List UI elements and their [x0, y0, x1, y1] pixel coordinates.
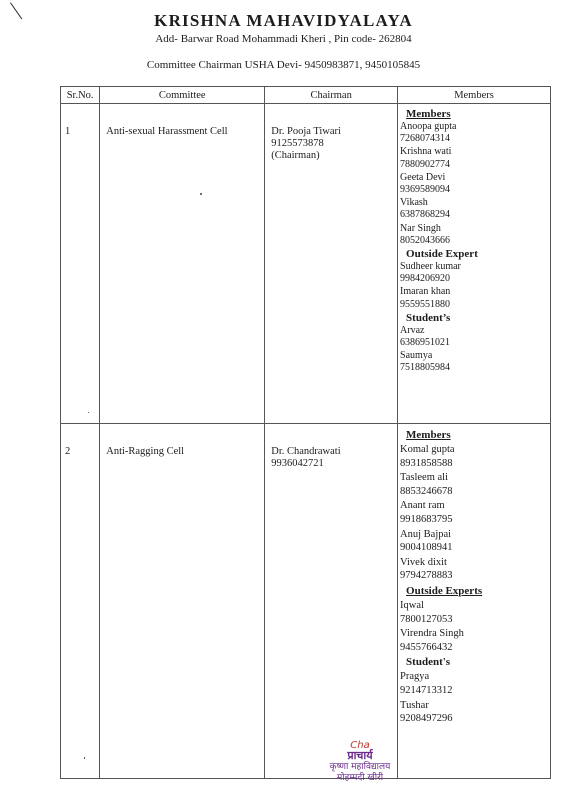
member-entry: Vivek dixit9794278883	[400, 556, 550, 583]
member-phone: 9984206920	[400, 273, 550, 285]
cell-committee: Anti-Ragging Cell	[100, 424, 265, 779]
member-name: Vivek dixit	[400, 556, 550, 570]
member-entry: Virendra Singh9455766432	[400, 627, 550, 654]
cell-srno: 1	[61, 104, 100, 424]
member-name: Anant ram	[400, 499, 550, 513]
chairman-line: 9936042721	[271, 458, 397, 470]
member-name: Pragya	[400, 670, 550, 684]
member-entry: Krishna wati7880902774	[400, 146, 550, 170]
member-phone: 9208497296	[400, 712, 550, 726]
cell-committee: Anti-sexual Harassment Cell	[100, 104, 265, 424]
member-entry: Anant ram9918683795	[400, 499, 550, 526]
stamp-place: मोहम्मदी खीरी	[300, 773, 420, 784]
member-name: Krishna wati	[400, 146, 550, 158]
member-entry: Iqwal7800127053	[400, 599, 550, 626]
cell-srno: 2	[61, 424, 100, 779]
serial-number: 1	[65, 126, 99, 137]
member-name: Anuj Bajpai	[400, 528, 550, 542]
member-entry: Arvaz6386951021	[400, 325, 550, 349]
scan-speck	[84, 757, 85, 759]
member-entry: Nar Singh8052043666	[400, 223, 550, 247]
column-header-committee: Committee	[100, 87, 265, 104]
member-name: Vikash	[400, 197, 550, 209]
member-phone: 7268074314	[400, 133, 550, 145]
stamp-college: कृष्णा महाविद्यालय	[300, 762, 420, 773]
committee-name: Anti-sexual Harassment Cell	[106, 126, 264, 137]
member-name: Nar Singh	[400, 223, 550, 235]
member-name: Sudheer kumar	[400, 261, 550, 273]
section-heading: Student’s	[400, 312, 550, 325]
table-row: 2Anti-Ragging CellDr. Chandrawati9936042…	[61, 424, 551, 779]
column-header-chairman: Chairman	[265, 87, 398, 104]
table-row: 1Anti-sexual Harassment CellDr. Pooja Ti…	[61, 104, 551, 424]
section-heading: Outside Experts	[400, 584, 550, 599]
member-entry: Pragya9214713312	[400, 670, 550, 697]
member-entry: Tasleem ali8853246678	[400, 471, 550, 498]
scan-speck	[88, 412, 89, 413]
member-phone: 8052043666	[400, 235, 550, 247]
member-entry: Tushar9208497296	[400, 699, 550, 726]
member-entry: Geeta Devi9369589094	[400, 172, 550, 196]
member-phone: 7518805984	[400, 362, 550, 374]
member-phone: 9794278883	[400, 569, 550, 583]
scan-speck	[200, 193, 202, 195]
cell-chairman: Dr. Chandrawati9936042721	[265, 424, 398, 779]
member-name: Anoopa gupta	[400, 121, 550, 133]
member-name: Virendra Singh	[400, 627, 550, 641]
member-name: Imaran khan	[400, 286, 550, 298]
member-phone: 9369589094	[400, 184, 550, 196]
chairman-line: 9125573878	[271, 138, 397, 150]
member-entry: Sudheer kumar9984206920	[400, 261, 550, 285]
member-entry: Komal gupta8931858588	[400, 443, 550, 470]
section-heading: Outside Expert	[400, 248, 550, 261]
column-header-srno: Sr.No.	[61, 87, 100, 104]
section-heading: Student's	[400, 655, 550, 670]
table-header-row: Sr.No. Committee Chairman Members	[61, 87, 551, 104]
serial-number: 2	[65, 446, 99, 457]
committee-chairman-line: Committee Chairman USHA Devi- 9450983871…	[0, 59, 567, 71]
member-entry: Anoopa gupta7268074314	[400, 121, 550, 145]
member-phone: 9918683795	[400, 513, 550, 527]
member-name: Saumya	[400, 350, 550, 362]
section-heading: Members	[400, 108, 550, 121]
stamp-title: प्राचार्य	[300, 750, 420, 762]
chairman-line: (Chairman)	[271, 150, 397, 162]
member-entry: Vikash6387868294	[400, 197, 550, 221]
committee-name: Anti-Ragging Cell	[106, 446, 264, 457]
column-header-members: Members	[398, 87, 551, 104]
member-phone: 6386951021	[400, 337, 550, 349]
member-name: Iqwal	[400, 599, 550, 613]
committee-table: Sr.No. Committee Chairman Members 1Anti-…	[60, 86, 551, 779]
chairman-line: Dr. Pooja Tiwari	[271, 126, 397, 138]
member-phone: 7880902774	[400, 159, 550, 171]
institution-address: Add- Barwar Road Mohammadi Kheri , Pin c…	[0, 33, 567, 45]
member-name: Geeta Devi	[400, 172, 550, 184]
member-entry: Saumya7518805984	[400, 350, 550, 374]
member-entry: Anuj Bajpai9004108941	[400, 528, 550, 555]
member-entry: Imaran khan9559551880	[400, 286, 550, 310]
member-phone: 8853246678	[400, 485, 550, 499]
member-phone: 6387868294	[400, 209, 550, 221]
member-name: Arvaz	[400, 325, 550, 337]
member-phone: 9214713312	[400, 684, 550, 698]
member-phone: 9004108941	[400, 541, 550, 555]
cell-members: MembersKomal gupta8931858588Tasleem ali8…	[398, 424, 551, 779]
section-heading: Members	[400, 428, 550, 443]
cell-chairman: Dr. Pooja Tiwari9125573878(Chairman)	[265, 104, 398, 424]
institution-title: KRISHNA MAHAVIDYALAYA	[0, 11, 567, 31]
member-name: Komal gupta	[400, 443, 550, 457]
member-name: Tushar	[400, 699, 550, 713]
member-phone: 9559551880	[400, 299, 550, 311]
principal-stamp: Cha प्राचार्य कृष्णा महाविद्यालय मोहम्मद…	[300, 742, 420, 784]
member-name: Tasleem ali	[400, 471, 550, 485]
cell-members: MembersAnoopa gupta7268074314Krishna wat…	[398, 104, 551, 424]
member-phone: 9455766432	[400, 641, 550, 655]
chairman-line: Dr. Chandrawati	[271, 446, 397, 458]
member-phone: 8931858588	[400, 457, 550, 471]
member-phone: 7800127053	[400, 613, 550, 627]
